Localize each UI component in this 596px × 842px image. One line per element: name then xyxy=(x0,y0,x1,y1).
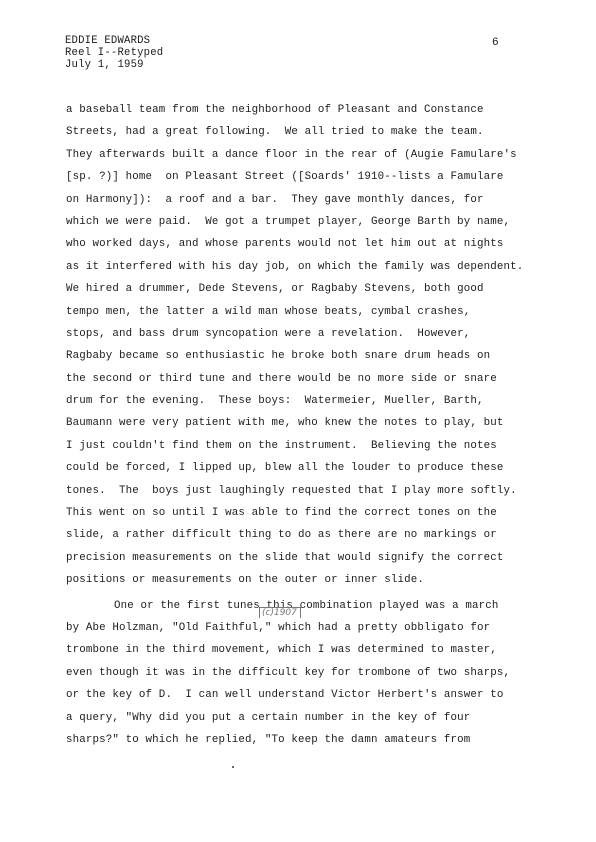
header-reel: Reel I--Retyped xyxy=(65,47,163,59)
body-text: a baseball team from the neighborhood of… xyxy=(66,99,536,751)
document-header: EDDIE EDWARDS Reel I--Retyped July 1, 19… xyxy=(65,35,163,71)
text-line: I just couldn't find them on the instrum… xyxy=(66,435,536,457)
text-line: a baseball team from the neighborhood of… xyxy=(66,99,536,121)
text-line: We hired a drummer, Dede Stevens, or Rag… xyxy=(66,278,536,300)
page-number: 6 xyxy=(492,37,499,49)
text-line: [sp. ?)] home on Pleasant Street ([Soard… xyxy=(66,166,536,188)
text-line: Streets, had a great following. We all t… xyxy=(66,121,536,143)
document-page: EDDIE EDWARDS Reel I--Retyped July 1, 19… xyxy=(0,0,596,842)
text-line: as it interfered with his day job, on wh… xyxy=(66,256,536,278)
text-line: positions or measurements on the outer o… xyxy=(66,569,536,591)
text-line: even though it was in the difficult key … xyxy=(66,662,536,684)
text-line: Baumann were very patient with me, who k… xyxy=(66,412,536,434)
text-line: tempo men, the latter a wild man whose b… xyxy=(66,301,536,323)
scan-speck xyxy=(232,766,234,768)
header-name: EDDIE EDWARDS xyxy=(65,35,163,47)
text-line: by Abe Holzman, "Old Faithful," which ha… xyxy=(66,617,536,639)
text-line: a query, "Why did you put a certain numb… xyxy=(66,707,536,729)
text-line: tones. The boys just laughingly requeste… xyxy=(66,480,536,502)
text-line: drum for the evening. These boys: Waterm… xyxy=(66,390,536,412)
text-line: could be forced, I lipped up, blew all t… xyxy=(66,457,536,479)
text-line: sharps?" to which he replied, "To keep t… xyxy=(66,729,536,751)
text-line: Ragbaby became so enthusiastic he broke … xyxy=(66,345,536,367)
text-line: which we were paid. We got a trumpet pla… xyxy=(66,211,536,233)
text-line: who worked days, and whose parents would… xyxy=(66,233,536,255)
text-line: the second or third tune and there would… xyxy=(66,368,536,390)
text-line: stops, and bass drum syncopation were a … xyxy=(66,323,536,345)
text-line: trombone in the third movement, which I … xyxy=(66,639,536,661)
text-line: or the key of D. I can well understand V… xyxy=(66,684,536,706)
text-line: One or the first tunes this combination … xyxy=(66,595,536,617)
handwritten-annotation: (c)1907 xyxy=(259,607,297,618)
text-line: on Harmony]): a roof and a bar. They gav… xyxy=(66,189,536,211)
text-line: slide, a rather difficult thing to do as… xyxy=(66,524,536,546)
text-line: This went on so until I was able to find… xyxy=(66,502,536,524)
text-line: precision measurements on the slide that… xyxy=(66,547,536,569)
header-date: July 1, 1959 xyxy=(65,59,163,71)
text-line: They afterwards built a dance floor in t… xyxy=(66,144,536,166)
